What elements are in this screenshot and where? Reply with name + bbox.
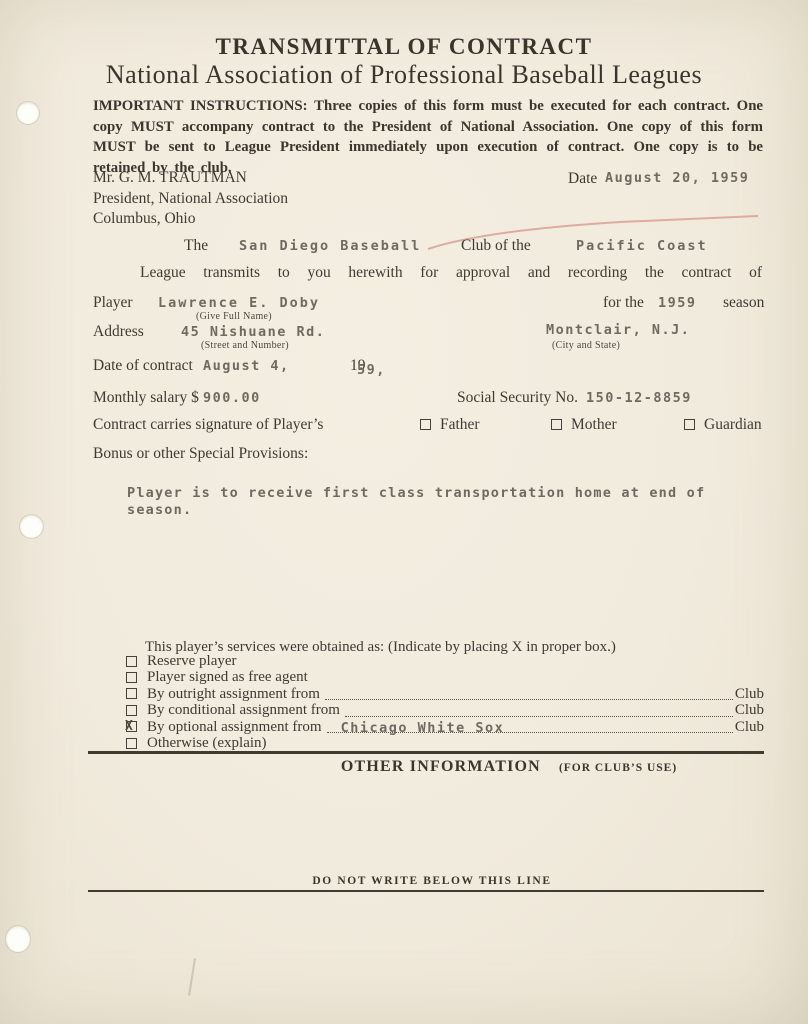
optional-label: By optional assignment from	[147, 719, 322, 736]
outright-club-suffix: Club	[735, 686, 764, 703]
mother-label: Mother	[571, 416, 617, 435]
player-label: Player	[93, 294, 133, 313]
service-row-free-agent: Player signed as free agent	[126, 669, 764, 685]
service-row-reserve: Reserve player	[126, 653, 764, 669]
do-not-write-row: DO NOT WRITE BELOW THIS LINE	[0, 875, 808, 887]
league-name-value: Pacific Coast	[576, 238, 708, 254]
section-divider-rule	[88, 751, 764, 754]
optional-leader-line: Chicago White Sox	[327, 719, 733, 733]
optional-checkbox: X	[126, 721, 137, 732]
season-word: season	[723, 294, 764, 313]
conditional-club-suffix: Club	[735, 702, 764, 719]
for-the-label: for the	[603, 294, 644, 313]
give-full-name-sublabel: (Give Full Name)	[196, 311, 272, 322]
street-value: 45 Nishuane Rd.	[181, 324, 325, 340]
club-name-value: San Diego Baseball	[239, 238, 421, 254]
ssn-label: Social Security No.	[457, 389, 578, 408]
outright-leader-line	[325, 686, 733, 700]
optional-from-value: Chicago White Sox	[341, 720, 505, 736]
guardian-label: Guardian	[704, 416, 762, 435]
club-of-the-label: Club of the	[461, 237, 531, 256]
for-clubs-use-subheading: (FOR CLUB’S USE)	[559, 762, 677, 774]
service-row-optional: X By optional assignment from Chicago Wh…	[126, 719, 764, 735]
outright-label: By outright assignment from	[147, 686, 320, 703]
other-information-heading: OTHER INFORMATION	[341, 758, 541, 776]
salary-label: Monthly salary $	[93, 389, 199, 408]
services-checkbox-list: Reserve player Player signed as free age…	[126, 653, 764, 751]
conditional-leader-line	[345, 702, 733, 716]
season-value: 1959	[658, 295, 697, 311]
reserve-checkbox	[126, 656, 137, 667]
father-label: Father	[440, 416, 480, 435]
provision-line1: Player is to receive first class transpo…	[127, 485, 705, 501]
otherwise-checkbox	[126, 738, 137, 749]
mother-checkbox	[551, 419, 562, 430]
conditional-label: By conditional assignment from	[147, 702, 340, 719]
typed-year: 59,	[357, 362, 386, 378]
optional-club-suffix: Club	[735, 719, 764, 736]
free-agent-checkbox	[126, 672, 137, 683]
scanned-document: TRANSMITTAL OF CONTRACT National Associa…	[0, 0, 808, 1024]
bonus-label: Bonus or other Special Provisions:	[93, 445, 308, 464]
outright-checkbox	[126, 688, 137, 699]
optional-checkbox-mark: X	[125, 719, 133, 734]
ssn-value: 150-12-8859	[586, 390, 692, 406]
service-row-conditional: By conditional assignment from Club	[126, 702, 764, 718]
free-agent-label: Player signed as free agent	[147, 669, 308, 686]
service-row-outright: By outright assignment from Club	[126, 686, 764, 702]
city-sublabel: (City and State)	[552, 340, 620, 351]
city-value: Montclair, N.J.	[546, 322, 690, 338]
guardian-checkbox	[684, 419, 695, 430]
bottom-rule	[88, 890, 764, 892]
contract-date-value: August 4,	[203, 358, 290, 374]
otherwise-label: Otherwise (explain)	[147, 735, 267, 752]
signature-label: Contract carries signature of Player’s	[93, 416, 323, 435]
transmits-line: League transmits to you herewith for app…	[140, 264, 762, 282]
provision-line2: season.	[127, 502, 192, 518]
conditional-checkbox	[126, 705, 137, 716]
salary-value: 900.00	[203, 390, 261, 406]
do-not-write-label: DO NOT WRITE BELOW THIS LINE	[312, 875, 551, 887]
reserve-label: Reserve player	[147, 653, 237, 670]
service-row-otherwise: Otherwise (explain)	[126, 735, 764, 751]
contract-date-label: Date of contract	[93, 357, 193, 376]
street-sublabel: (Street and Number)	[201, 340, 289, 351]
father-checkbox	[420, 419, 431, 430]
player-name-value: Lawrence E. Doby	[158, 295, 320, 311]
the-word: The	[184, 237, 208, 256]
address-label: Address	[93, 323, 144, 342]
red-pencil-mark	[0, 0, 808, 1024]
other-information-row: OTHER INFORMATION (FOR CLUB’S USE)	[0, 758, 808, 776]
